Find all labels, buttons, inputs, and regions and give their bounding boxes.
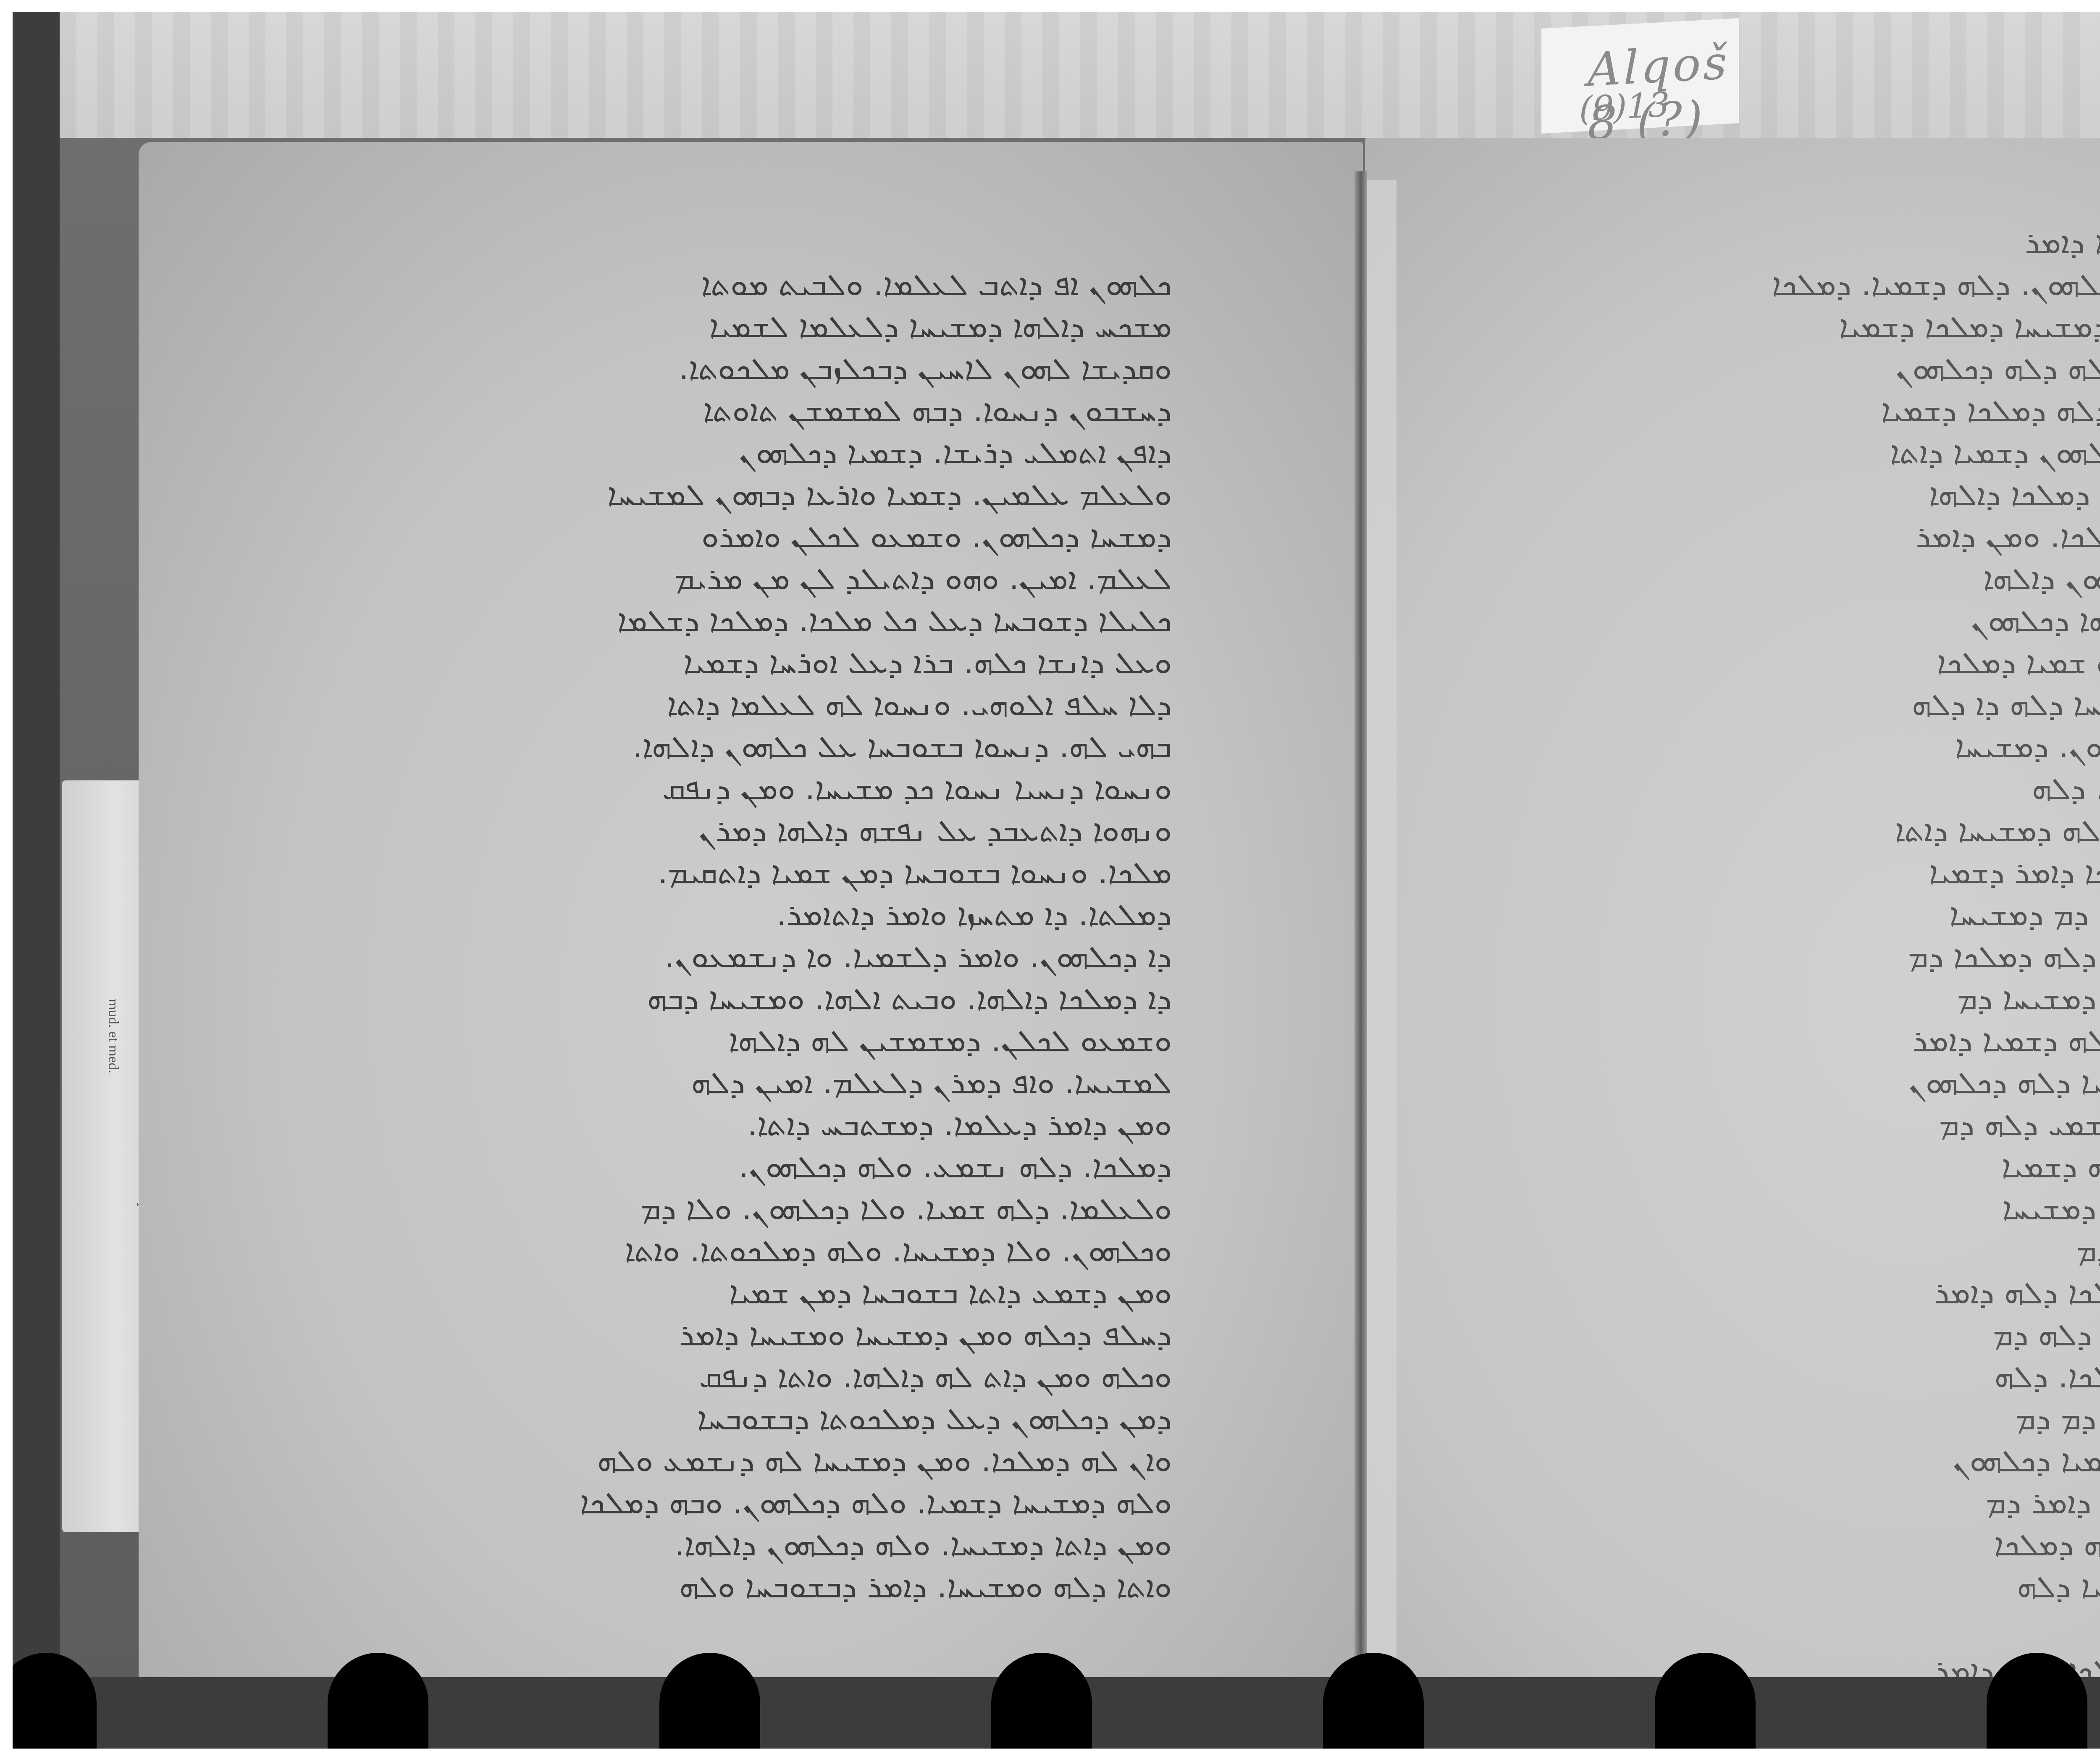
microfilm-frame: Alqoš 8 (?) (9)13 mud. et med. ...postat… bbox=[13, 12, 2100, 1749]
manuscript-line: ܘܟܠܗ ܘܡܢ ܕܐܬ ܠܗ ܕܐܠܗܐ. ܘܐܬܐ ܕܢܦܩ bbox=[307, 1356, 1172, 1398]
manuscript-line: ܟܠܝܠܐ ܕܫܘܒܚܐ ܕܥܠ ܟܠ ܡܠܟܐ. ܕܡܠܟܐ ܕܫܠܡܐ bbox=[307, 600, 1172, 642]
manuscript-line: ܕܡܠܟܐ ܕܡܫܝܚܐ ܕܟܠܗܘܢ ܕܠܗ ܕܫܡܝܐ ܕܐܡܪ bbox=[1499, 1020, 2100, 1062]
manuscript-line: ܕܡܠܟܐ. ܕܠܗ ܢܫܡܥ. ܘܠܗ ܕܟܠܗܘܢ. bbox=[307, 1146, 1172, 1188]
manuscript-line: ܠܗ ܕܡ ܕܡܫܝܚܐ. ܕܠܗ ܕܐܬܐ ܕܡ ܕܡܫܝܚܐ bbox=[1499, 894, 2100, 936]
manuscript-line: ܒܗܝ ܠܗ. ܕܢܚܘܐ ܒܫܘܒܚܐ ܥܠ ܟܠܗܘܢ ܕܐܠܗܐ. bbox=[307, 726, 1172, 768]
manuscript-line: ܕܫܡܝܐ. ܕܠܗ ܕܡܫܝܚܐ ܕܐܡܪ ܕܡܠܟܐ ܕܐܠܗܐ bbox=[1499, 474, 2100, 516]
manuscript-line: ܕܐ ܕܡܠܟܐ ܕܐܠܗܐ. ܘܒܝܬ ܐܠܗܐ. ܘܡܫܝܚܐ ܕܒܗ bbox=[307, 978, 1172, 1020]
manuscript-line: ܘܐܢ ܠܗ ܕܡܠܟܐ. ܘܡܢ ܕܡܫܝܚܐ ܠܗ ܕܢܫܡܥ ܘܠܗ bbox=[307, 1440, 1172, 1482]
manuscript-line: ܕܡ ܕܡܫܝܚܐ ܕܠܗ ܕܐܡܪ ܕܡ bbox=[1499, 1608, 2100, 1650]
shelfmark-label-card: Alqoš 8 (?) (9)13 bbox=[1541, 18, 1739, 134]
manuscript-line: ܕܡܫܝܚܐ ܕܠܗ ܕܟܠܗܘܢ ܕܡܠܟܐ ܕܠܗ ܕܐܡܪ bbox=[1499, 1272, 2100, 1314]
manuscript-line: ܘܫܡܥܘ ܠܟܠܢ. ܕܡܫܡܫܝܢ ܠܗ ܕܐܠܗܐ bbox=[307, 1020, 1172, 1062]
manuscript-line: ܘܢܚܘܐ ܕܢܚܝܐ ܢܚܘܐ ܟܕ ܡܫܝܚܐ. ܘܡܢ ܕܢܦܩ bbox=[307, 768, 1172, 810]
manuscript-line: ܕܡܠܬܐ. ܕܐ ܡܬܚܙܐ ܘܐܡܪ ܕܐܬܐܡܪ. bbox=[307, 894, 1172, 936]
manuscript-line: ܘܠܥܠܡܐ. ܕܠܗ ܫܡܝܐ. ܘܠܐ ܕܟܠܗܘܢ. ܘܠܐ ܕܡ bbox=[307, 1188, 1172, 1230]
manuscript-line: ܕܚܠܦ ܕܟܠܗ ܘܡܢ ܕܡܫܝܚܐ ܘܡܫܝܚܐ ܕܐܡܪ bbox=[307, 1314, 1172, 1356]
manuscript-line: ܠܡܫܝܚܐ. ܘܐܦ ܕܡܪܢ ܕܠܥܠܡ. ܐܡܝܢ ܕܠܗ bbox=[307, 1062, 1172, 1104]
manuscript-line: ܘܐܬܐ ܕܠܗ ܘܡܫܝܚܐ. ܕܐܡܪ ܕܒܫܘܒܚܐ ܘܠܗ bbox=[307, 1566, 1172, 1608]
manuscript-line: ܕܡܠܟܐ ܕܡܫܝܚܐ ܕܐܬܐ ܕܟܠܗܘܢ. ܕܡܫܝܚܐ bbox=[1499, 726, 2100, 768]
manuscript-line: ܡܫܟܚ ܕܐܠܗܐ ܕܡܫܝܚܐ ܕܠܥܠܡܐ ܠܫܡܝܐ bbox=[307, 306, 1172, 348]
manuscript-line: ܕܫܡܝܐ ܕܟܠܗܘܢ ܕܡܠܟܐ. ܕܐܠܗ ܕܠܗ ܕܟܠܗܘܢ bbox=[1499, 348, 2100, 390]
manuscript-line: ܕܠܐ ܚܠܦ ܐܠܘܗܝ. ܘܢܚܘܐ ܠܗ ܠܥܠܡܐ ܕܐܬܐ bbox=[307, 684, 1172, 726]
gutter-highlight bbox=[1367, 180, 1396, 1692]
manuscript-line: ܘܠܥܠܡ ܥܠܡܝܢ. ܕܫܡܝܐ ܘܐܪܥܐ ܕܒܗܘܢ ܠܡܫܝܚܐ bbox=[307, 474, 1172, 516]
manuscript-line: ܕܠܗ ܕܡܫܝܚܐ ܕܐܡܪ. ܕܠܗ ܕܡ bbox=[1499, 1230, 2100, 1272]
strip-text-1: mud. et med. bbox=[105, 999, 121, 1074]
shelfmark-label-line-2: (9)13 bbox=[1579, 85, 1669, 129]
manuscript-line: ܕܡܫܝܚܐ ܠܡܠܟܐ ܕܐܬܐ ܕܟܠܗܘܢ ܕܐܠܗܐ bbox=[1499, 558, 2100, 600]
manuscript-line: ܘܟܠܗܘܢ. ܘܠܐ ܕܡܫܝܚܐ. ܘܠܗ ܕܡܠܟܘܬܐ. ܘܐܬܐ bbox=[307, 1230, 1172, 1272]
manuscript-line: ܘܡܢ ܠܡܫܝܚܐ. ܕܠܗ ܕܐܡܪ ܕܡܫܝܚܐ ܕܡܠܟܐ ܕܫܡܝܐ bbox=[1499, 306, 2100, 348]
sprocket-hole bbox=[659, 1653, 760, 1749]
manuscript-line: ܕܡܫܝܚܐ. ܕܠܗ ܕܡ ܕܡܫܝܚܐ ܕܠܗ ܕܡܠܟܐ ܕܡ bbox=[1499, 936, 2100, 978]
manuscript-line: ܘܢܗܘܐ ܕܐܬܥܒܕ ܥܠ ܢܦܫܗ ܕܐܠܗܐ ܕܡܪܢ bbox=[307, 810, 1172, 852]
manuscript-line: ܕܐ ܕܟܠܗܘܢ. ܘܐܡܪ ܕܠܫܡܝܐ. ܘܐ ܕܢܫܡܥܘܢ. bbox=[307, 936, 1172, 978]
manuscript-line: ܡܠܟܐ. ܘܢܚܘܐ ܒܫܘܒܚܐ ܕܡܢ ܫܡܝܐ ܕܐܬܩܝܡ. bbox=[307, 852, 1172, 894]
sprocket-hole bbox=[1655, 1653, 1756, 1749]
manuscript-line: ܘܡܢ ܕܐܡܪ ܕܥܠܡܐ. ܕܡܫܬܒܚ ܕܐܬܐ. bbox=[307, 1104, 1172, 1146]
manuscript-line: ܘܡܢ ܕܐܬܐ ܕܡܫܝܚܐ. ܘܠܗ ܕܟܠܗܘܢ ܕܐܠܗܐ. bbox=[307, 1524, 1172, 1566]
manuscript-line: ܘܡܢ ܕܫܡܥ ܕܐܬܐ ܒܫܘܒܚܐ ܕܡܢ ܫܡܝܐ bbox=[307, 1272, 1172, 1314]
manuscript-line: ܕܡܫܝܚܐ ܕܠܗ ܕܡܠܟܐ ܕܐܡܪ ܕܡܫܝܚܐ bbox=[1499, 1188, 2100, 1230]
manuscript-line: ܕܐܡܪ ܕܟܠܗܘܢ ܕܡܫܝܚܐ ܕܡ. ܕܠܗ bbox=[1499, 768, 2100, 810]
book-gutter bbox=[1354, 171, 1367, 1696]
manuscript-line: ܕܡܫܚܐ ܕܟܠܗܘܢ. ܘܫܡܥܘ ܠܟܠܢ ܘܐܡܪܘ bbox=[307, 516, 1172, 558]
manuscript-line: ܕܐܠܗܐ. ܕܠܗ ܕܡܫܝܚܐ ܕܡܠܟܐ ܕܐܡܪ ܕܫܡܝܐ bbox=[1499, 852, 2100, 894]
manuscript-line: ܠܗ ܕܠܗ ܕܡܫܝܚܐ ܕܐܡܪ ܕܟܠܗܘܢ ܕܫܡܝܐ ܕܐܬܐ bbox=[1499, 432, 2100, 474]
manuscript-line: ܕܡܫܝܚܐ ܕܐܡܪ ܕܟܠܗܘܢ ܕܠܗ ܕܫܡܝܐ bbox=[1499, 1146, 2100, 1188]
sprocket-hole bbox=[991, 1653, 1092, 1749]
manuscript-line: ܕܠܗ ܕܡܫܝܚܐ ܕܡ. ܕܠܗ ܕܐ ܫܡܝ ܕܠܗ ܕܡ bbox=[1499, 1104, 2100, 1146]
manuscript-line: ܠܥܠܡ. ܐܡܝܢ. ܘܗܘ ܕܐܬܝܠܕ ܠܢ ܡܢ ܡܪܝܡ bbox=[307, 558, 1172, 600]
manuscript-line: ܕܫܡܝܐ ܕܡܫܝܚܐ ܕܟܠܗܘܢ. ܕܠܗ ܕܡܫܝܚܐ ܕܐܬܐ bbox=[1499, 810, 2100, 852]
manuscript-line: ܘܠܗ ܕܡܫܝܚܐ ܕܫܡܝܐ. ܘܠܗ ܕܟܠܗܘܢ. ܘܒܗ ܕܡܠܟܐ bbox=[307, 1482, 1172, 1524]
manuscript-line: ܕܠܗ ܕܡ ܕܡܫܝܚܐ ܕܟܠܗܘܢ. ܕܠܗ ܕܡ bbox=[1499, 1314, 2100, 1356]
manuscript-line: ܕܡܫܝܚܐ ܕܠܗ ܕܡܠܟܐ ܕܐܡܪ ܕܡ ܕܡ bbox=[1499, 1398, 2100, 1440]
manuscript-line: ܕܡܫܝܚܐ ܕܐܡܪ ܕܡܠܟܐ. ܕܠܗ ܫܡܝܐ ܕܡܠܟܐ bbox=[1499, 642, 2100, 684]
film-edge-left bbox=[13, 12, 60, 1749]
right-page-text-block: ܘܡܫܝܚܐ ܫܠܡ. ܠܗ ܠܡܫܝܚܐ ܕܐܡܪܟܕ ܠܗ ܕܡܫܝܚܐ ܕ… bbox=[1499, 222, 2100, 1692]
manuscript-line: ܘܩܕܝܫܐ ܠܗܘܢ ܠܐܚܝܢ ܕܒܟܠܙܒܢ ܡܠܟܘܬܐ. bbox=[307, 348, 1172, 390]
manuscript-line: ܟܠܗܘܢ ܐܦ ܕܐܬܒ ܠܥܠܡܐ. ܘܠܒܝܬ ܡܘܬܐ bbox=[307, 264, 1172, 306]
manuscript-line: ܕܐ ܕܡܫܝܚܐ ܕܟܠܗܘܢ. ܕܡܫܝܚܐ ܕܠܗ ܕܐ ܕܠܗ bbox=[1499, 684, 2100, 726]
left-page-text-block: ܟܠܗܘܢ ܐܦ ܕܐܬܒ ܠܥܠܡܐ. ܘܠܒܝܬ ܡܘܬܐܡܫܟܚ ܕܐܠܗ… bbox=[307, 264, 1172, 1608]
manuscript-line: ܕܚܫܒܘܢ ܕܢܚܘܐ. ܕܒܗ ܠܡܫܡܫܢ ܬܐܘܬܐ bbox=[307, 390, 1172, 432]
manuscript-line: ܕܡܢ ܕܟܠܗܘܢ ܕܥܠ ܕܡܠܟܘܬܐ ܕܒܫܘܒܚܐ bbox=[307, 1398, 1172, 1440]
manuscript-line: ܕܡܫܝܚܐ ܕܠܗ ܕܟܠܗܘܢ ܕܡܠܟܐ. ܕܠܗ bbox=[1499, 1356, 2100, 1398]
manuscript-line: ܘܡܫܝܚܐ ܫܠܡ. ܠܗ ܠܡܫܝܚܐ ܕܐܡܪ bbox=[1499, 222, 2100, 264]
manuscript-line: ܕܡܠܟܐ ܕܠܗ ܫܡܝܐ ܕܟܠ ܕܡܠܟܐ. ܘܡܢ ܕܐܡܪ bbox=[1499, 516, 2100, 558]
manuscript-line: ܘܥܠ ܕܐܢܫܐ ܟܠܗ. ܒܪܐ ܕܥܠ ܐܘܪܚܐ ܕܫܡܝܐ bbox=[307, 642, 1172, 684]
manuscript-line: ܕܐܦܢ ܐܬܡܠܝ ܕܪܝܫܐ. ܕܫܡܝܐ ܕܟܠܗܘܢ bbox=[307, 432, 1172, 474]
manuscript-line: ܕܠܗ ܕܡ ܕܡܫܝܚܐ. ܕܡ ܕܠܗ ܕܐܡܪ ܕܡ bbox=[1499, 1482, 2100, 1524]
sprocket-hole bbox=[328, 1653, 428, 1749]
manuscript-line: ܕܠܗ. ܕܡܫܝܚܐ ܕܡܠܟܐ ܕܫܡܝܐ ܕܠܗ ܕܟܠܗܘܢ bbox=[1499, 1062, 2100, 1104]
manuscript-line: ܕܡܫܝܚܐ ܕܠܗ. ܕܫܡܝܐ ܕܠܗ ܕܡܫܝܚܐ ܕܡ bbox=[1499, 978, 2100, 1020]
manuscript-line: ܕܟܠ ܕܠܗ ܕܐ ܕܡܫܝܚܐ. ܕܐܠܗܐ ܕܟܠܗܘܢ bbox=[1499, 600, 2100, 642]
manuscript-line: ܕܡܫܝܚܐ ܕܠܗ ܕܟܠܗܘܢ. ܕܠܗ ܕܡܠܟܐ bbox=[1499, 1524, 2100, 1566]
manuscript-line: ܕܡܫܝܚܐ ܕܠܗ ܕܡܠܟܐ. ܕܫܡܝܐ ܕܠܗ bbox=[1499, 1566, 2100, 1608]
manuscript-line: ܕܡܫܝܚܐ ܕܠܗ. ܕܠܗ ܕܡ ܕܫܡܝܐ ܕܟܠܗܘܢ bbox=[1499, 1440, 2100, 1482]
manuscript-line: ܟܕ ܠܗ ܕܡܫܝܚܐ ܕܢܫܡܥ ܕܟܠܗܘܢ. ܕܠܗ ܕܫܡܝܐ. ܕܡ… bbox=[1499, 264, 2100, 306]
sprocket-hole bbox=[1987, 1653, 2087, 1749]
manuscript-line: ܘܡܠܟܐ ܕܡܫܝܚܐ. ܕܟܠܗܘܢ ܕܠܗ ܕܡܠܟܐ ܕܫܡܝܐ bbox=[1499, 390, 2100, 432]
sprocket-hole bbox=[1323, 1653, 1424, 1749]
